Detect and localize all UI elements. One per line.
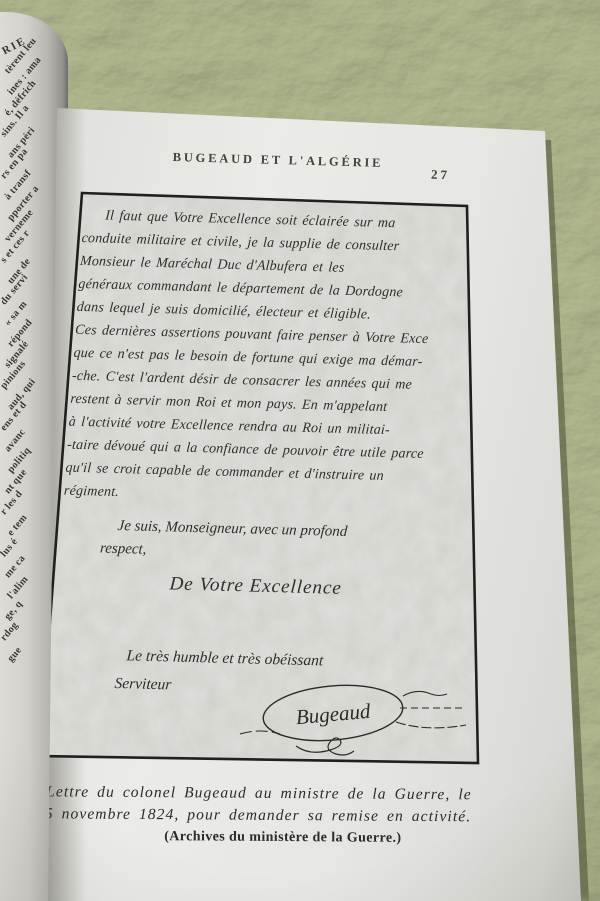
right-page: BUGEAUD ET L'ALGÉRIE 27 Il faut que Votr…	[0, 0, 600, 901]
humble-line: Le très humble et très obéissant	[52, 642, 431, 675]
caption-source: (Archives du ministère de la Guerre.)	[36, 828, 530, 847]
valediction-line: De Votre Excellence	[57, 568, 437, 604]
left-page-text-fragments: RIEtèrent leuines : amaé, défrichsins. I…	[3, 48, 56, 665]
caption-line-2: 25 novembre 1824, pour demander sa remis…	[36, 803, 530, 828]
handwriting-body: Il faut que Votre Excellence soit éclair…	[63, 204, 462, 512]
handwritten-letter: Il faut que Votre Excellence soit éclair…	[50, 204, 462, 703]
figure-caption: Lettre du colonel Bugeaud au ministre de…	[36, 781, 530, 847]
signature-flourish	[396, 722, 466, 728]
photo-of-open-book: RIEtèrent leuines : amaé, défrichsins. I…	[0, 0, 600, 901]
signature-flourish	[403, 691, 447, 696]
bugeaud-signature: Bugeaud	[240, 672, 490, 767]
signature-text: Bugeaud	[295, 699, 372, 729]
